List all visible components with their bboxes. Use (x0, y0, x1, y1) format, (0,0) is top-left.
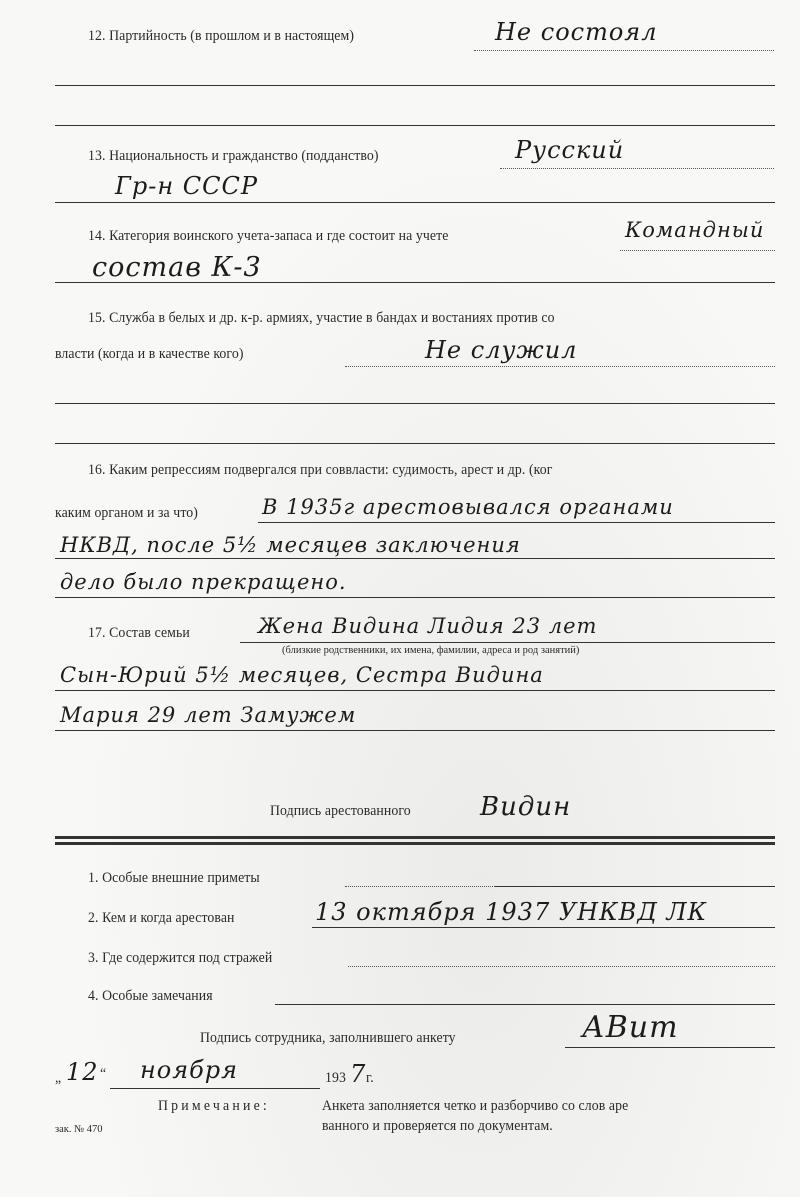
item-16-label-line2: каким органом и за что) (55, 505, 198, 522)
date-month-line (110, 1088, 320, 1089)
item-13-dotted-line (500, 168, 774, 169)
order-number: зак. № 470 (55, 1124, 103, 1135)
item-17-answer-line2: Сын-Юрий 5½ месяцев, Сестра Видина (60, 663, 544, 687)
item-13-label: 13. Национальность и гражданство (поддан… (88, 148, 379, 165)
bottom-item-1-label: 1. Особые внешние приметы (88, 870, 260, 887)
section-divider-bottom (55, 842, 775, 845)
date-month: ноября (140, 1056, 238, 1084)
item-15-dotted-line (345, 366, 775, 367)
item-12-answer: Не состоял (495, 18, 657, 46)
item-14-dotted-line (620, 250, 775, 251)
item-17-answer: Жена Видина Лидия 23 лет (258, 614, 597, 638)
bottom-item-2-answer: 13 октября 1937 УНКВД ЛК (315, 898, 707, 926)
item-12-line-2 (55, 85, 775, 86)
item-17-line-1 (240, 642, 775, 643)
bottom-item-1-dotted (345, 886, 495, 887)
item-15-answer: Не служил (425, 336, 577, 364)
note-text: Анкета заполняется четко и разборчиво со… (322, 1098, 628, 1115)
item-16-answer: В 1935г арестовывался органами (262, 495, 674, 519)
archival-questionnaire-page: 12. Партийность (в прошлом и в настоящем… (0, 0, 800, 1197)
item-14-line-2 (55, 282, 775, 283)
date-year-digit: 7 (350, 1060, 366, 1088)
item-15-label-line2: власти (когда и в качестве кого) (55, 346, 244, 363)
item-17-answer-line3: Мария 29 лет Замужем (60, 703, 356, 727)
bottom-item-4-label: 4. Особые замечания (88, 988, 213, 1005)
date-open-quote: „ (55, 1070, 61, 1087)
item-12-label: 12. Партийность (в прошлом и в настоящем… (88, 28, 354, 45)
officer-signature-line (565, 1047, 775, 1048)
bottom-item-1-line (495, 886, 775, 887)
item-13-answer-line2: Гр-н СССР (115, 172, 258, 200)
item-17-line-2 (55, 690, 775, 691)
date-day: 12 (66, 1058, 99, 1086)
arrested-signature-label: Подпись арестованного (270, 803, 411, 820)
bottom-item-2-label: 2. Кем и когда арестован (88, 910, 235, 927)
item-14-answer-line2: состав К-3 (92, 252, 262, 283)
item-17-line-3 (55, 730, 775, 731)
item-12-line-3 (55, 125, 775, 126)
item-15-label: 15. Служба в белых и др. к-р. армиях, уч… (88, 310, 555, 327)
note-text-line2: ванного и проверяется по документам. (322, 1118, 553, 1135)
officer-signature-label: Подпись сотрудника, заполнившего анкету (200, 1030, 456, 1047)
item-15-line-4 (55, 443, 775, 444)
bottom-item-2-line (312, 927, 775, 928)
item-13-line-2 (55, 202, 775, 203)
item-12-dotted-line (474, 50, 774, 51)
arrested-signature: Видин (480, 792, 571, 822)
date-year-suffix: г. (366, 1070, 374, 1087)
bottom-item-4-line (275, 1004, 775, 1005)
officer-signature: АВит (582, 1010, 679, 1045)
item-15-line-3 (55, 403, 775, 404)
date-year-prefix: 193 (325, 1070, 346, 1087)
bottom-item-3-label: 3. Где содержится под стражей (88, 950, 272, 967)
item-16-line-4 (55, 597, 775, 598)
section-divider-top (55, 836, 775, 839)
bottom-item-3-dotted (348, 966, 775, 967)
item-14-label: 14. Категория воинского учета-запаса и г… (88, 228, 448, 245)
item-17-hint: (близкие родственники, их имена, фамилии… (282, 645, 579, 656)
item-16-line-2 (258, 522, 775, 523)
note-label: Примечание: (158, 1098, 270, 1115)
item-16-line-3 (55, 558, 775, 559)
item-17-label: 17. Состав семьи (88, 625, 190, 642)
date-close-quote: “ (100, 1066, 106, 1083)
item-16-answer-line2: НКВД, после 5½ месяцев заключения (60, 533, 521, 557)
item-14-answer: Командный (625, 218, 764, 242)
item-13-answer: Русский (515, 136, 624, 164)
item-16-label: 16. Каким репрессиям подвергался при сов… (88, 462, 553, 479)
item-16-answer-line3: дело было прекращено. (60, 570, 347, 594)
